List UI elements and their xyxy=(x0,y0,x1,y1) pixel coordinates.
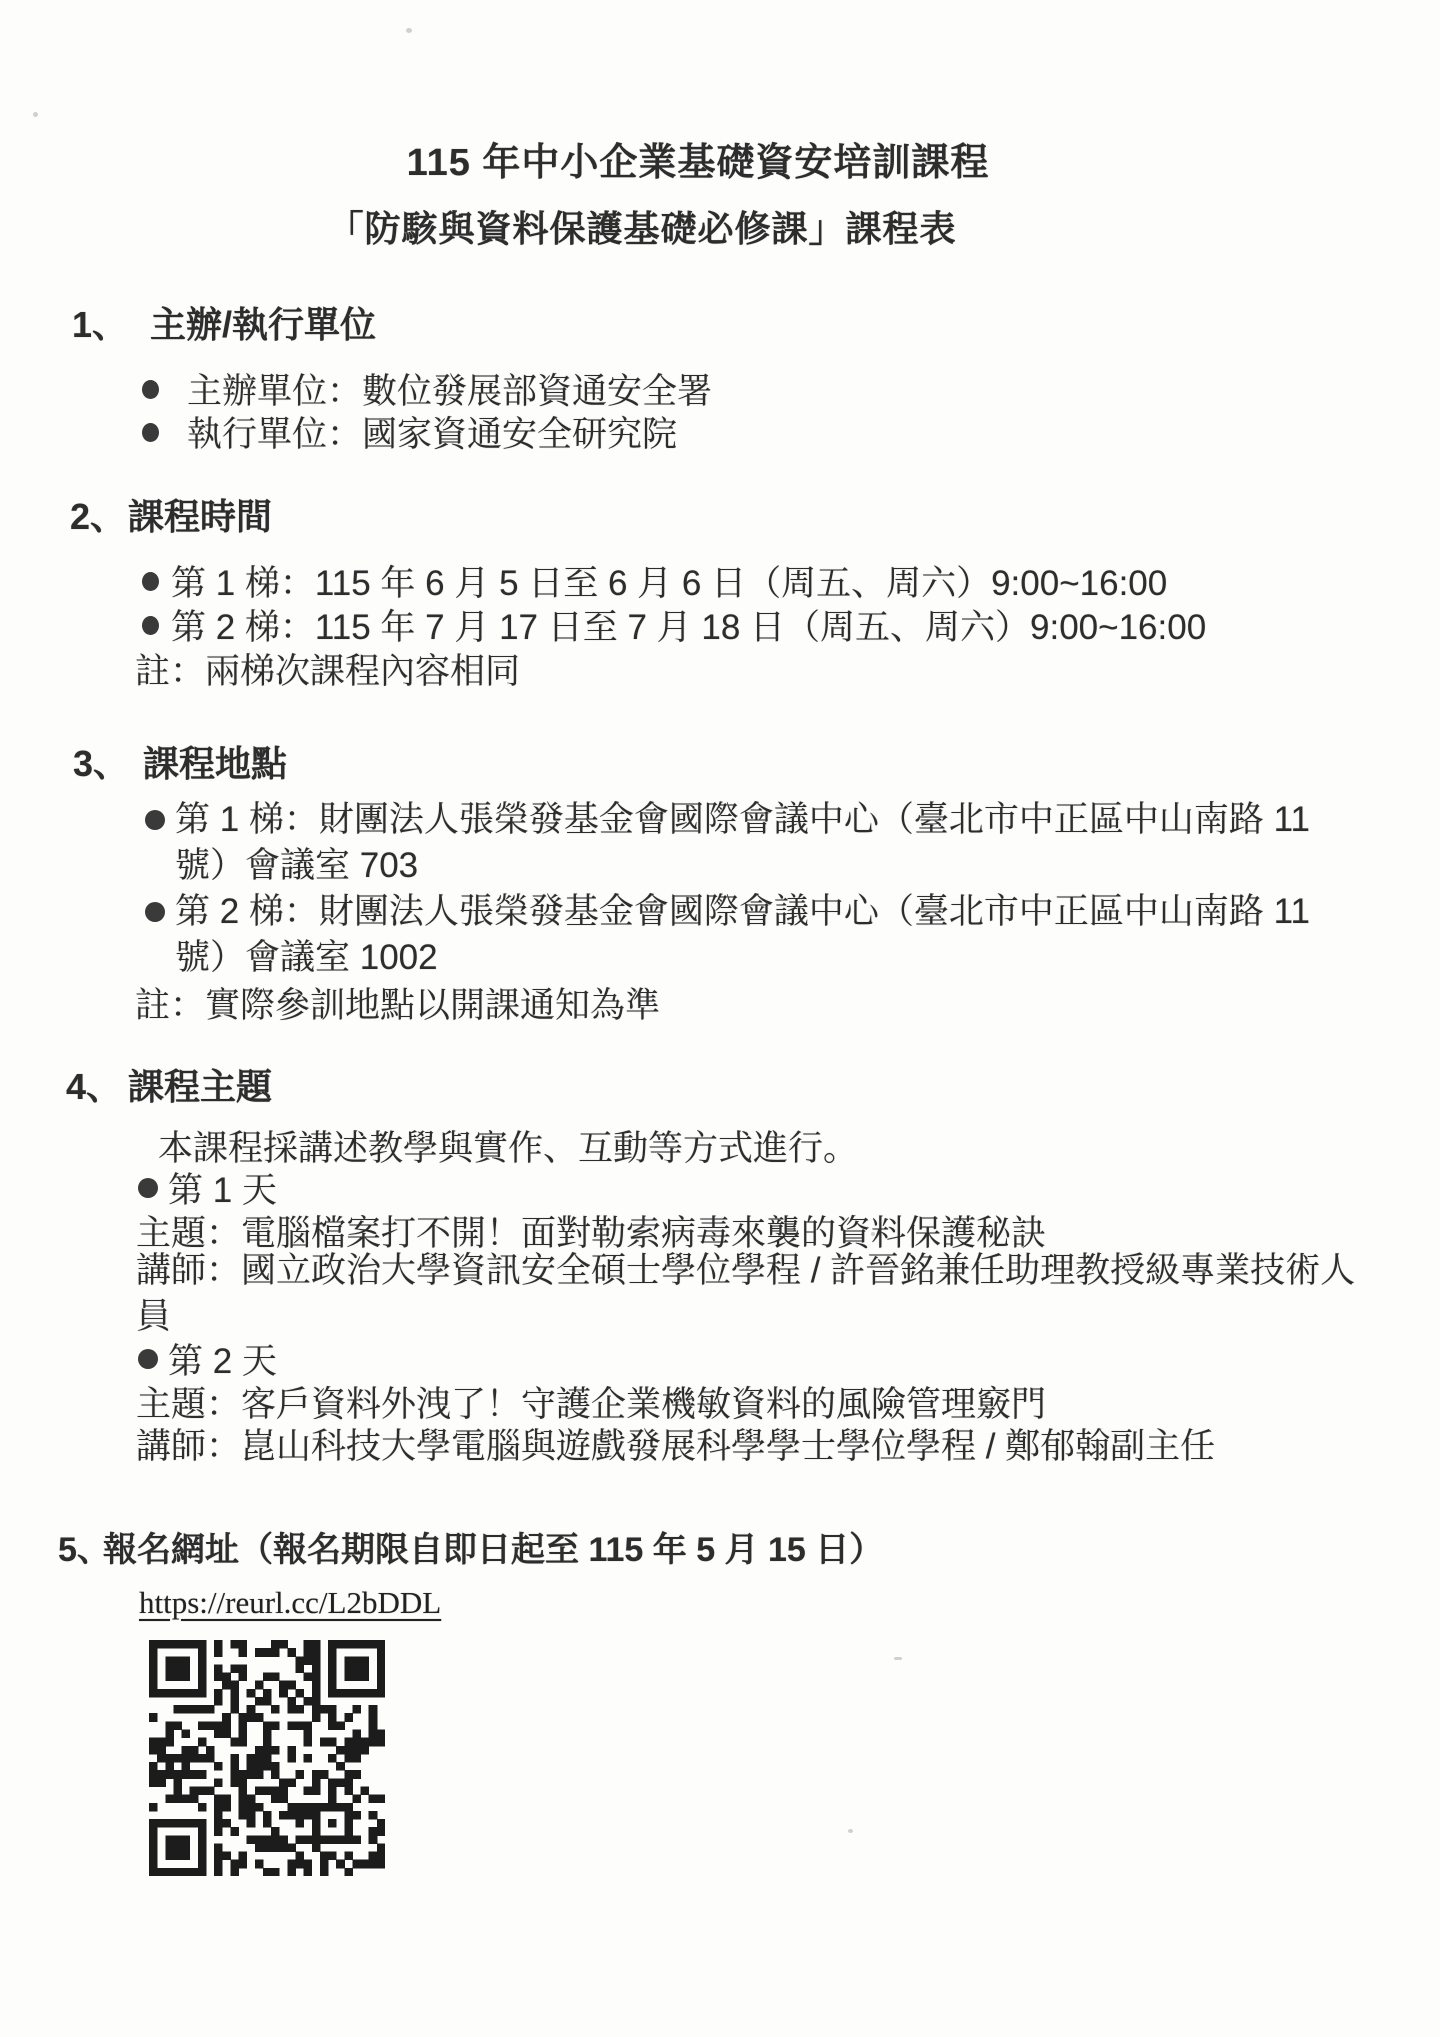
section-3-number: 3、 xyxy=(73,736,129,787)
venue-note: 註：實際參訓地點以開課通知為準 xyxy=(135,978,660,1028)
doc-title: 115 年中小企業基礎資安培訓課程 xyxy=(407,131,990,186)
venue-2-line2: 號）會議室 1002 xyxy=(175,935,1310,981)
executor-line: 執行單位：國家資通安全研究院 xyxy=(187,407,677,457)
qr-code xyxy=(149,1640,385,1876)
bullet-icon xyxy=(142,616,159,635)
day-2-lecturer: 講師：崑山科技大學電腦與遊戲發展科學學士學位學程 / 鄭郁翰副主任 xyxy=(136,1419,1215,1469)
bullet-icon xyxy=(138,1349,158,1369)
scan-speck xyxy=(894,1657,902,1660)
list-item: 第 1 梯：115 年 6 月 5 日至 6 月 6 日（周五、周六）9:00~… xyxy=(142,556,1167,606)
section-3-title: 課程地點 xyxy=(143,736,287,787)
scan-speck xyxy=(871,1232,875,1236)
day-1-lecturer-line2: 員 xyxy=(136,1294,1355,1340)
section-1-number: 1、 xyxy=(72,297,128,348)
section-1-title: 主辦/執行單位 xyxy=(150,297,376,348)
session-1-time: 第 1 梯：115 年 6 月 5 日至 6 月 6 日（周五、周六）9:00~… xyxy=(171,556,1167,606)
bullet-icon xyxy=(142,572,159,591)
day-1-lecturer: 講師：國立政治大學資訊安全碩士學位學程 / 許晉銘兼任助理教授級專業技術人 員 xyxy=(136,1248,1355,1340)
doc-subtitle: 「防駭與資料保護基礎必修課」課程表 xyxy=(327,201,956,252)
section-5-title: 報名網址（報名期限自即日起至 115 年 5 月 15 日） xyxy=(103,1522,883,1571)
scan-speck xyxy=(406,28,412,33)
bullet-icon xyxy=(142,380,159,399)
registration-link[interactable]: https://reurl.cc/L2bDDL xyxy=(139,1585,441,1621)
list-item: 第 2 梯：財團法人張榮發基金會國際會議中心（臺北市中正區中山南路 11 號）會… xyxy=(145,889,1310,981)
day-1-lecturer-line1: 講師：國立政治大學資訊安全碩士學位學程 / 許晉銘兼任助理教授級專業技術人 xyxy=(136,1248,1355,1294)
bullet-icon xyxy=(138,1178,158,1198)
section-2-number: 2、 xyxy=(70,489,126,540)
time-note: 註：兩梯次課程內容相同 xyxy=(135,644,520,694)
list-item: 執行單位：國家資通安全研究院 xyxy=(142,407,677,457)
scan-speck xyxy=(33,112,38,117)
venue-1-line1: 第 1 梯：財團法人張榮發基金會國際會議中心（臺北市中正區中山南路 11 xyxy=(175,797,1310,843)
bullet-icon xyxy=(145,902,165,922)
section-4-number: 4、 xyxy=(66,1059,122,1110)
scan-speck xyxy=(848,1829,853,1833)
venue-2-line1: 第 2 梯：財團法人張榮發基金會國際會議中心（臺北市中正區中山南路 11 xyxy=(175,889,1310,935)
session-2-time: 第 2 梯：115 年 7 月 17 日至 7 月 18 日（周五、周六）9:0… xyxy=(171,600,1206,650)
scanned-document-page: 115 年中小企業基礎資安培訓課程 「防駭與資料保護基礎必修課」課程表 1、 主… xyxy=(0,0,1440,2037)
section-2-title: 課程時間 xyxy=(128,489,272,540)
section-4-title: 課程主題 xyxy=(128,1059,272,1110)
bullet-icon xyxy=(142,423,159,442)
bullet-icon xyxy=(145,810,165,830)
qr-code-image xyxy=(149,1640,385,1876)
venue-1-line2: 號）會議室 703 xyxy=(175,843,1310,889)
list-item: 第 1 梯：財團法人張榮發基金會國際會議中心（臺北市中正區中山南路 11 號）會… xyxy=(145,797,1310,889)
list-item: 第 2 梯：115 年 7 月 17 日至 7 月 18 日（周五、周六）9:0… xyxy=(142,600,1206,650)
